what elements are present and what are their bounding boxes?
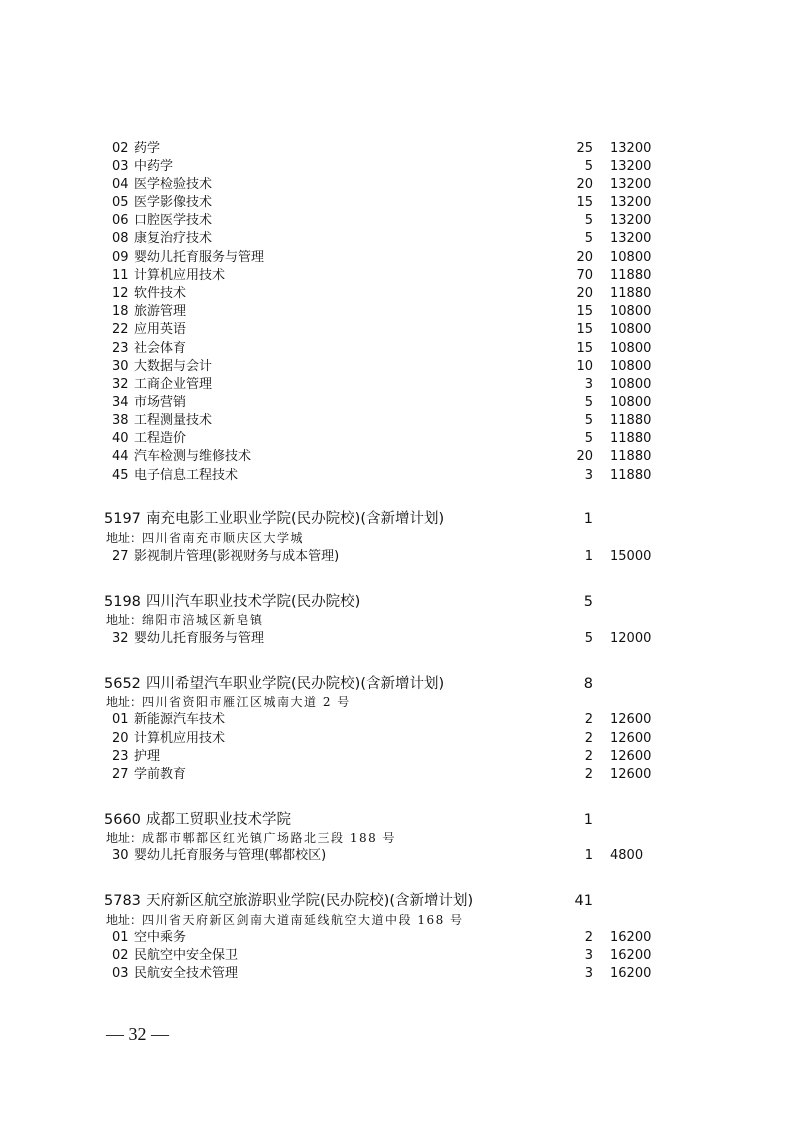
major-fee: 13200	[610, 140, 651, 158]
school-address: 地址：绵阳市涪城区新皂镇	[106, 612, 264, 628]
major-name: 空中乘务	[134, 929, 186, 947]
major-fee: 13200	[610, 194, 651, 212]
major-name: 民航空中安全保卫	[134, 947, 238, 965]
major-code: 30	[112, 358, 129, 376]
major-row: 45电子信息工程技术311880	[0, 467, 793, 485]
major-fee: 10800	[610, 303, 651, 321]
major-row: 08康复治疗技术513200	[0, 230, 793, 248]
major-code: 44	[112, 448, 129, 466]
major-count: 1	[553, 548, 593, 566]
school-header: 5652四川希望汽车职业学院(民办院校)(含新增计划)8	[0, 674, 793, 694]
major-row: 22应用英语1510800	[0, 321, 793, 339]
major-code: 27	[112, 766, 129, 784]
major-fee: 11880	[610, 285, 651, 303]
major-name: 汽车检测与维修技术	[134, 448, 251, 466]
major-count: 5	[553, 412, 593, 430]
major-count: 5	[553, 230, 593, 248]
major-row: 09婴幼儿托育服务与管理2010800	[0, 249, 793, 267]
major-row: 27影视制片管理(影视财务与成本管理)115000	[0, 548, 793, 566]
major-fee: 16200	[610, 947, 651, 965]
address-text: 四川省天府新区剑南大道南延线航空大道中段 168 号	[142, 913, 464, 927]
school-header: 5783天府新区航空旅游职业学院(民办院校)(含新增计划)41	[0, 891, 793, 911]
major-count: 15	[553, 194, 593, 212]
address-label: 地址：	[106, 613, 142, 627]
major-count: 15	[553, 303, 593, 321]
major-fee: 10800	[610, 321, 651, 339]
major-count: 70	[553, 267, 593, 285]
major-count: 2	[553, 929, 593, 947]
major-name: 口腔医学技术	[134, 212, 212, 230]
major-row: 01新能源汽车技术212600	[0, 711, 793, 729]
major-row: 03民航安全技术管理316200	[0, 965, 793, 983]
school-address: 地址：成都市郫都区红光镇广场路北三段 188 号	[106, 830, 396, 846]
major-code: 32	[112, 630, 129, 648]
major-count: 5	[553, 394, 593, 412]
address-label: 地址：	[106, 531, 142, 545]
major-code: 20	[112, 730, 129, 748]
major-fee: 11880	[610, 467, 651, 485]
major-name: 旅游管理	[134, 303, 186, 321]
address-text: 四川省南充市顺庆区大学城	[142, 531, 304, 545]
major-fee: 15000	[610, 548, 651, 566]
major-count: 5	[553, 212, 593, 230]
major-count: 2	[553, 766, 593, 784]
major-fee: 13200	[610, 230, 651, 248]
major-count: 15	[553, 340, 593, 358]
major-name: 大数据与会计	[134, 358, 212, 376]
major-code: 32	[112, 376, 129, 394]
address-label: 地址：	[106, 831, 142, 845]
major-row: 40工程造价511880	[0, 430, 793, 448]
major-name: 电子信息工程技术	[134, 467, 238, 485]
address-text: 绵阳市涪城区新皂镇	[142, 613, 264, 627]
major-fee: 11880	[610, 267, 651, 285]
major-row: 23社会体育1510800	[0, 340, 793, 358]
school-total: 1	[553, 810, 593, 830]
major-row: 27学前教育212600	[0, 766, 793, 784]
major-count: 1	[553, 847, 593, 865]
major-row: 30婴幼儿托育服务与管理(郫都校区)14800	[0, 847, 793, 865]
major-count: 3	[553, 467, 593, 485]
major-row: 06口腔医学技术513200	[0, 212, 793, 230]
major-fee: 12600	[610, 711, 651, 729]
major-code: 02	[112, 140, 129, 158]
school-code: 5783	[104, 891, 141, 911]
major-fee: 11880	[610, 448, 651, 466]
school-total: 5	[553, 592, 593, 612]
school-total: 41	[553, 891, 593, 911]
major-name: 软件技术	[134, 285, 186, 303]
major-code: 38	[112, 412, 129, 430]
major-code: 45	[112, 467, 129, 485]
major-fee: 11880	[610, 412, 651, 430]
document-page: 02药学2513200 03中药学513200 04医学检验技术2013200 …	[0, 0, 793, 1122]
major-row: 18旅游管理1510800	[0, 303, 793, 321]
school-total: 8	[553, 674, 593, 694]
major-code: 09	[112, 249, 129, 267]
major-name: 医学检验技术	[134, 176, 212, 194]
school-code: 5660	[104, 810, 141, 830]
school-name: 四川希望汽车职业学院(民办院校)(含新增计划)	[146, 674, 444, 694]
address-text: 成都市郫都区红光镇广场路北三段 188 号	[142, 831, 396, 845]
major-count: 25	[553, 140, 593, 158]
major-code: 27	[112, 548, 129, 566]
major-name: 社会体育	[134, 340, 186, 358]
major-code: 34	[112, 394, 129, 412]
page-number: — 32 —	[106, 1024, 169, 1045]
major-code: 02	[112, 947, 129, 965]
major-fee: 10800	[610, 358, 651, 376]
major-name: 工程造价	[134, 430, 186, 448]
major-code: 08	[112, 230, 129, 248]
major-row: 02民航空中安全保卫316200	[0, 947, 793, 965]
major-count: 5	[553, 630, 593, 648]
major-name: 婴幼儿托育服务与管理	[134, 249, 264, 267]
major-row: 05医学影像技术1513200	[0, 194, 793, 212]
major-code: 06	[112, 212, 129, 230]
school-address: 地址：四川省资阳市雁江区城南大道 2 号	[106, 694, 351, 710]
school-name: 南充电影工业职业学院(民办院校)(含新增计划)	[146, 509, 444, 529]
major-fee: 12600	[610, 730, 651, 748]
major-name: 医学影像技术	[134, 194, 212, 212]
major-code: 01	[112, 929, 129, 947]
major-count: 10	[553, 358, 593, 376]
major-name: 应用英语	[134, 321, 186, 339]
major-fee: 16200	[610, 929, 651, 947]
major-fee: 13200	[610, 176, 651, 194]
major-count: 5	[553, 430, 593, 448]
major-row: 34市场营销510800	[0, 394, 793, 412]
major-row: 38工程测量技术511880	[0, 412, 793, 430]
school-code: 5652	[104, 674, 141, 694]
major-count: 2	[553, 711, 593, 729]
major-count: 20	[553, 448, 593, 466]
major-code: 05	[112, 194, 129, 212]
major-name: 民航安全技术管理	[134, 965, 238, 983]
major-row: 03中药学513200	[0, 158, 793, 176]
major-row: 04医学检验技术2013200	[0, 176, 793, 194]
major-fee: 13200	[610, 212, 651, 230]
major-code: 11	[112, 267, 129, 285]
major-name: 康复治疗技术	[134, 230, 212, 248]
major-name: 婴幼儿托育服务与管理	[134, 630, 264, 648]
school-header: 5198四川汽车职业技术学院(民办院校)5	[0, 592, 793, 612]
major-code: 22	[112, 321, 129, 339]
major-count: 3	[553, 376, 593, 394]
major-code: 23	[112, 748, 129, 766]
school-header: 5660成都工贸职业技术学院1	[0, 810, 793, 830]
major-row: 01空中乘务216200	[0, 929, 793, 947]
major-name: 新能源汽车技术	[134, 711, 225, 729]
major-fee: 13200	[610, 158, 651, 176]
major-count: 20	[553, 176, 593, 194]
major-count: 3	[553, 947, 593, 965]
major-count: 5	[553, 158, 593, 176]
major-row: 11计算机应用技术7011880	[0, 267, 793, 285]
major-name: 药学	[134, 140, 160, 158]
major-fee: 12000	[610, 630, 651, 648]
major-row: 44汽车检测与维修技术2011880	[0, 448, 793, 466]
major-code: 03	[112, 158, 129, 176]
major-code: 18	[112, 303, 129, 321]
major-code: 04	[112, 176, 129, 194]
school-total: 1	[553, 509, 593, 529]
major-count: 15	[553, 321, 593, 339]
major-count: 3	[553, 965, 593, 983]
school-name: 四川汽车职业技术学院(民办院校)	[146, 592, 360, 612]
major-code: 40	[112, 430, 129, 448]
major-row: 20计算机应用技术212600	[0, 730, 793, 748]
major-fee: 16200	[610, 965, 651, 983]
major-name: 市场营销	[134, 394, 186, 412]
school-address: 地址：四川省南充市顺庆区大学城	[106, 530, 304, 546]
school-name: 天府新区航空旅游职业学院(民办院校)(含新增计划)	[146, 891, 473, 911]
major-name: 工商企业管理	[134, 376, 212, 394]
major-fee: 11880	[610, 430, 651, 448]
major-code: 01	[112, 711, 129, 729]
major-name: 护理	[134, 748, 160, 766]
major-count: 20	[553, 249, 593, 267]
major-name: 计算机应用技术	[134, 267, 225, 285]
major-count: 2	[553, 748, 593, 766]
school-address: 地址：四川省天府新区剑南大道南延线航空大道中段 168 号	[106, 912, 464, 928]
address-label: 地址：	[106, 913, 142, 927]
major-code: 12	[112, 285, 129, 303]
major-code: 23	[112, 340, 129, 358]
major-code: 30	[112, 847, 129, 865]
major-row: 32婴幼儿托育服务与管理512000	[0, 630, 793, 648]
major-row: 12软件技术2011880	[0, 285, 793, 303]
school-code: 5198	[104, 592, 141, 612]
major-fee: 10800	[610, 394, 651, 412]
school-code: 5197	[104, 509, 141, 529]
major-name: 计算机应用技术	[134, 730, 225, 748]
major-row: 23护理212600	[0, 748, 793, 766]
school-header: 5197南充电影工业职业学院(民办院校)(含新增计划)1	[0, 509, 793, 529]
major-fee: 12600	[610, 748, 651, 766]
major-fee: 4800	[610, 847, 643, 865]
major-row: 30大数据与会计1010800	[0, 358, 793, 376]
major-name: 中药学	[134, 158, 173, 176]
major-name: 影视制片管理(影视财务与成本管理)	[134, 548, 339, 566]
major-fee: 10800	[610, 249, 651, 267]
major-name: 学前教育	[134, 766, 186, 784]
major-row: 32工商企业管理310800	[0, 376, 793, 394]
major-code: 03	[112, 965, 129, 983]
major-count: 2	[553, 730, 593, 748]
major-fee: 10800	[610, 340, 651, 358]
major-name: 工程测量技术	[134, 412, 212, 430]
major-count: 20	[553, 285, 593, 303]
major-fee: 10800	[610, 376, 651, 394]
major-row: 02药学2513200	[0, 140, 793, 158]
major-name: 婴幼儿托育服务与管理(郫都校区)	[134, 847, 326, 865]
major-fee: 12600	[610, 766, 651, 784]
address-text: 四川省资阳市雁江区城南大道 2 号	[142, 695, 351, 709]
school-name: 成都工贸职业技术学院	[146, 810, 291, 830]
address-label: 地址：	[106, 695, 142, 709]
